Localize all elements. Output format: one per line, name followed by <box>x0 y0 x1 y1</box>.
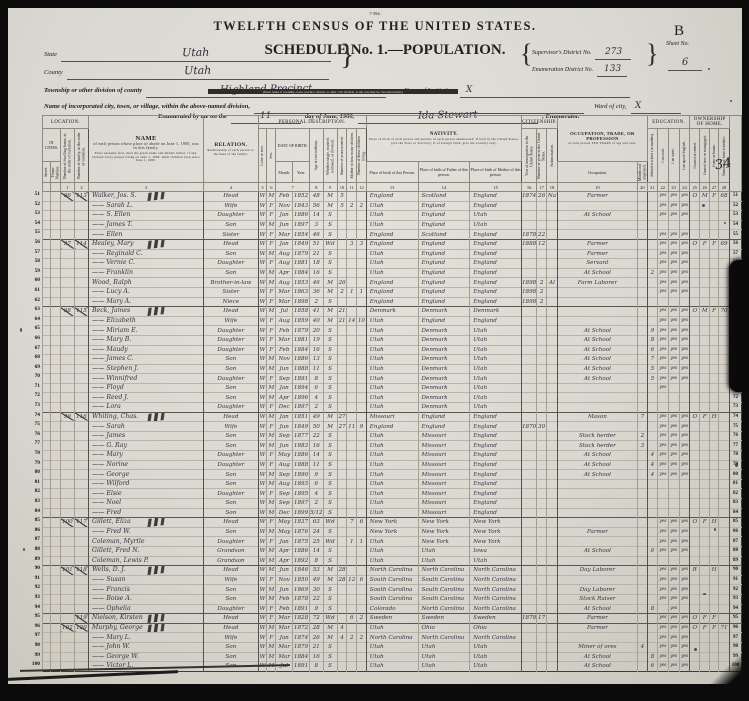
cell-immigration-year <box>522 431 537 441</box>
cell-street <box>43 345 51 355</box>
line-number: 96 <box>28 622 40 632</box>
cell-home-owned-rented: R <box>690 566 700 576</box>
cell-farm-house <box>710 479 719 489</box>
census-row: 119Nielson, KirstenHeadWFMar182872Wd62Sw… <box>43 614 742 624</box>
cell-birthplace: Utah <box>366 441 418 451</box>
cell-free-mortgaged: F <box>700 412 710 422</box>
cell-dwelling-number <box>60 594 74 604</box>
cell-mother-of-children <box>347 556 357 566</box>
cell-immigration-year <box>522 383 537 393</box>
cell-street <box>43 614 51 624</box>
cell-name: —— John W. <box>89 642 204 652</box>
person-name: —— Boise A. <box>92 595 132 602</box>
cell-school-months <box>647 239 657 249</box>
cell-home-owned-rented: O <box>690 307 700 317</box>
person-name: —— Ellen <box>92 231 122 238</box>
cell-farm-house <box>710 431 719 441</box>
cell-line-number: 54 <box>729 220 741 230</box>
person-name: Wells, D. J. <box>92 566 125 573</box>
cell-children-living <box>357 249 367 259</box>
cell-occupation <box>557 633 637 643</box>
cell-children-living <box>357 374 367 384</box>
cell-years-married <box>337 451 347 461</box>
line-number: 66 <box>28 334 40 344</box>
column-number: 17 <box>537 183 547 192</box>
cell-birthplace: England <box>366 239 418 249</box>
cell-birth-year: 1881 <box>293 259 310 269</box>
cell-school-months <box>647 393 657 403</box>
cell-home-owned-rented <box>690 546 700 556</box>
cell-months-not-employed <box>637 604 647 614</box>
cell-birth-month: May <box>276 451 293 461</box>
cell-farm-schedule <box>719 211 730 221</box>
cell-years-married <box>337 614 347 624</box>
cell-farm-schedule <box>719 287 730 297</box>
cell-marital-status: Wd <box>323 537 337 547</box>
cell-speaks-english: yes <box>679 441 690 451</box>
column-header-immigration-year: Year of immigration to the United States… <box>522 129 537 183</box>
cell-immigration-year: 1878 <box>522 614 537 624</box>
cell-mother-of-children <box>347 364 357 374</box>
cell-name: —— Maudy <box>89 345 204 355</box>
cell-mother-of-children <box>347 479 357 489</box>
cell-house-number <box>50 508 60 518</box>
cell-school-months: 2 <box>647 268 657 278</box>
cell-color: W <box>258 614 267 624</box>
cell-mother-of-children <box>347 307 357 317</box>
cell-can-write: yes <box>668 307 679 317</box>
cell-sex: F <box>267 326 276 336</box>
cell-home-owned-rented: O <box>690 239 700 249</box>
cell-line-number: 55 <box>729 230 741 240</box>
cell-house-number <box>50 220 60 230</box>
census-row: —— FloydSonWMJan18946SUtahDenmarkUtahyes… <box>43 383 742 393</box>
cell-can-read: yes <box>657 623 668 633</box>
cell-children-living <box>357 192 367 202</box>
line-number: 74 <box>28 411 40 421</box>
cell-father-birthplace: Scotland <box>418 230 470 240</box>
cell-speaks-english: yes <box>679 614 690 624</box>
cell-birthplace: Denmark <box>366 307 418 317</box>
cell-school-months <box>647 499 657 509</box>
line-number: 51 <box>28 190 40 200</box>
cell-naturalization <box>546 585 557 595</box>
cell-can-read: yes <box>657 460 668 470</box>
scan-speck <box>730 100 732 102</box>
cell-naturalization <box>546 239 557 249</box>
census-row: Coleman, MyrtleDaughterWFJan187525Wd11Ut… <box>43 537 742 547</box>
cell-birth-month: Mar <box>276 614 293 624</box>
cell-name: —— Vernie C. <box>89 259 204 269</box>
cell-farm-schedule <box>719 326 730 336</box>
cell-relation: Son <box>204 594 258 604</box>
cell-color: W <box>258 633 267 643</box>
cell-immigration-year: 1874 <box>522 192 537 202</box>
cell-line-number: 51 <box>729 192 741 202</box>
cell-marital-status: S <box>323 460 337 470</box>
cell-street <box>43 316 51 326</box>
cell-children-living <box>357 470 367 480</box>
cell-age: 30 <box>310 585 324 595</box>
cell-can-write: yes <box>668 633 679 643</box>
cell-father-birthplace: Missouri <box>418 479 470 489</box>
person-name: Coleman, Lewis P. <box>92 557 149 564</box>
cell-birth-month: May <box>276 518 293 528</box>
cell-birth-year: 1854 <box>293 230 310 240</box>
cell-mother-of-children <box>347 211 357 221</box>
cell-years-in-us <box>537 652 547 662</box>
cell-relation: Wife <box>204 422 258 432</box>
column-number: 19 <box>557 183 637 192</box>
cell-school-months: 8 <box>647 604 657 614</box>
ink-overmark <box>143 239 168 249</box>
cell-dwelling-number <box>60 633 74 643</box>
cell-line-number: 52 <box>729 201 741 211</box>
cell-can-read <box>657 556 668 566</box>
cell-farm-house: H <box>710 518 719 528</box>
cell-age: 56 <box>310 201 324 211</box>
enumeration-value: 133 <box>603 64 620 74</box>
cell-can-read: yes <box>657 441 668 451</box>
cell-relation: Daughter <box>204 335 258 345</box>
cell-color: W <box>258 527 267 537</box>
column-group-location: LOCATION. <box>43 116 89 129</box>
cell-street <box>43 575 51 585</box>
cell-relation: Son <box>204 470 258 480</box>
cell-farm-schedule <box>719 575 730 585</box>
cell-naturalization <box>546 441 557 451</box>
cell-birth-month: May <box>276 527 293 537</box>
cell-family-number <box>74 355 88 365</box>
cell-years-in-us <box>537 259 547 269</box>
cell-house-number <box>50 585 60 595</box>
cell-farm-house <box>710 393 719 403</box>
cell-age: 8 <box>310 662 324 672</box>
cell-sex: M <box>267 479 276 489</box>
cell-naturalization <box>546 220 557 230</box>
cell-father-birthplace: England <box>418 412 470 422</box>
scan-speck <box>735 463 738 467</box>
cell-birth-year: 1869 <box>293 585 310 595</box>
cell-mother-of-children <box>347 642 357 652</box>
cell-can-read: yes <box>657 268 668 278</box>
cell-children-living: 9 <box>357 422 367 432</box>
cell-months-not-employed <box>637 335 647 345</box>
cell-can-write: yes <box>668 345 679 355</box>
cell-family-number: 115 <box>74 307 88 317</box>
column-header-write: Can write. <box>668 129 679 183</box>
person-name: —— Franklin <box>92 269 133 276</box>
cell-birth-year: 1891 <box>293 604 310 614</box>
cell-naturalization <box>546 374 557 384</box>
cell-immigration-year <box>522 623 537 633</box>
cell-years-in-us <box>537 642 547 652</box>
cell-line-number: 82 <box>729 489 741 499</box>
cell-street <box>43 364 51 374</box>
person-name: Gillett, Fred N. <box>92 547 139 554</box>
cell-naturalization <box>546 614 557 624</box>
cell-can-write <box>668 220 679 230</box>
cell-naturalization <box>546 642 557 652</box>
cell-speaks-english: yes <box>679 623 690 633</box>
cell-birth-month: Mar <box>276 335 293 345</box>
cell-years-in-us <box>537 537 547 547</box>
cell-school-months <box>647 316 657 326</box>
cell-farm-schedule <box>719 422 730 432</box>
cell-speaks-english <box>679 403 690 413</box>
cell-occupation <box>557 556 637 566</box>
column-number: 27 <box>710 183 719 192</box>
cell-name: —— Mary B. <box>89 335 204 345</box>
cell-farm-house: F <box>710 239 719 249</box>
census-row: 96113Walker, Jos. S.HeadWMFeb185248M5Eng… <box>43 192 742 202</box>
cell-father-birthplace: Denmark <box>418 326 470 336</box>
cell-free-mortgaged <box>700 278 710 288</box>
cell-naturalization <box>546 527 557 537</box>
district-brace-open: { <box>520 39 532 69</box>
column-group-nativity: NATIVITY. Place of birth of each person … <box>366 116 521 162</box>
cell-speaks-english: yes <box>679 316 690 326</box>
cell-relation: Son <box>204 642 258 652</box>
cell-color: W <box>258 518 267 528</box>
cell-can-read: yes <box>657 364 668 374</box>
cell-birth-year: 1876 <box>293 527 310 537</box>
cell-children-living <box>357 355 367 365</box>
cell-farm-house <box>710 249 719 259</box>
cell-mother-birthplace: England <box>470 508 522 518</box>
person-name: Healey, Mary <box>92 240 133 247</box>
line-number: 54 <box>28 219 40 229</box>
census-row: —— James C.SonWMNov188613SUtahDenmarkUta… <box>43 355 742 365</box>
cell-sex: M <box>267 412 276 422</box>
cell-free-mortgaged <box>700 470 710 480</box>
cell-marital-status: M <box>323 192 337 202</box>
cell-dwelling-number <box>60 364 74 374</box>
cell-age: 22 <box>310 431 324 441</box>
cell-family-number: 120 <box>74 623 88 633</box>
cell-free-mortgaged <box>700 431 710 441</box>
cell-home-owned-rented: O <box>690 623 700 633</box>
cell-birth-year: 1897 <box>293 403 310 413</box>
cell-occupation: Farmer <box>557 614 637 624</box>
cell-home-owned-rented: O <box>690 518 700 528</box>
cell-can-read: yes <box>657 316 668 326</box>
cell-birth-year: 1888 <box>293 460 310 470</box>
cell-farm-schedule: 69 <box>719 239 730 249</box>
person-name: —— Mary L. <box>92 634 131 641</box>
district-brace-close: } <box>646 39 658 69</box>
cell-can-read: yes <box>657 431 668 441</box>
line-number: 68 <box>28 353 40 363</box>
cell-marital-status: Wd <box>323 239 337 249</box>
cell-house-number <box>50 326 60 336</box>
cell-street <box>43 527 51 537</box>
cell-years-in-us <box>537 508 547 518</box>
cell-years-in-us <box>537 364 547 374</box>
cell-birthplace: Utah <box>366 249 418 259</box>
cell-months-not-employed <box>637 220 647 230</box>
cell-mother-of-children <box>347 527 357 537</box>
cell-years-in-us <box>537 479 547 489</box>
cell-name: Gillett, Eliza <box>89 518 204 528</box>
cell-mother-of-children <box>347 662 357 672</box>
cell-farm-house <box>710 460 719 470</box>
cell-mother-of-children: 11 <box>347 422 357 432</box>
person-name: —— Francis <box>92 586 130 593</box>
cell-sex: M <box>267 508 276 518</box>
cell-color: W <box>258 220 267 230</box>
cell-color: W <box>258 278 267 288</box>
cell-marital-status: S <box>323 441 337 451</box>
cell-father-birthplace: Missouri <box>418 441 470 451</box>
cell-naturalization <box>546 326 557 336</box>
cell-birthplace: South Carolina <box>366 585 418 595</box>
cell-family-number <box>74 383 88 393</box>
cell-birth-year: 1884 <box>293 652 310 662</box>
column-number: 6 <box>267 183 276 192</box>
cell-age: 13 <box>310 355 324 365</box>
cell-can-write: yes <box>668 335 679 345</box>
person-name: —— Ophelia <box>92 605 131 612</box>
cell-age: 48 <box>310 192 324 202</box>
cell-school-months: 9 <box>647 326 657 336</box>
cell-sex: F <box>267 403 276 413</box>
cell-sex: M <box>267 585 276 595</box>
cell-children-living <box>357 479 367 489</box>
cell-farm-schedule <box>719 412 730 422</box>
cell-home-owned-rented <box>690 508 700 518</box>
cell-line-number: 89 <box>729 556 741 566</box>
cell-naturalization <box>546 604 557 614</box>
cell-color: W <box>258 431 267 441</box>
cell-children-living <box>357 278 367 288</box>
cell-farm-house <box>710 451 719 461</box>
cell-immigration-year <box>522 355 537 365</box>
person-name: Coleman, Myrtle <box>92 538 145 545</box>
cell-farm-house <box>710 268 719 278</box>
cell-can-read: yes <box>657 518 668 528</box>
cell-farm-schedule <box>719 268 730 278</box>
cell-free-mortgaged <box>700 451 710 461</box>
cell-years-married <box>337 259 347 269</box>
cell-age: 49 <box>310 412 324 422</box>
cell-naturalization <box>546 230 557 240</box>
cell-farm-house <box>710 470 719 480</box>
cell-school-months: 6 <box>647 345 657 355</box>
cell-age: 5/12 <box>310 508 324 518</box>
line-number: 63 <box>28 305 40 315</box>
cell-sex: M <box>267 383 276 393</box>
cell-immigration-year <box>522 412 537 422</box>
cell-marital-status: Wd <box>323 614 337 624</box>
column-header-house-number: House Number. <box>50 162 60 183</box>
cell-name: —— G. Ray <box>89 441 204 451</box>
cell-mother-birthplace: North Carolina <box>470 633 522 643</box>
cell-can-write <box>668 297 679 307</box>
cell-father-birthplace: Missouri <box>418 470 470 480</box>
cell-street <box>43 268 51 278</box>
person-name: —— Floyd <box>92 384 124 391</box>
cell-age: 63 <box>310 518 324 528</box>
cell-street <box>43 278 51 288</box>
cell-immigration-year <box>522 451 537 461</box>
cell-home-owned-rented <box>690 460 700 470</box>
cell-marital-status: S <box>323 364 337 374</box>
cell-speaks-english: yes <box>679 268 690 278</box>
cell-line-number: 80 <box>729 470 741 480</box>
cell-birthplace: Utah <box>366 652 418 662</box>
person-name: Gillett, Eliza <box>92 518 131 525</box>
cell-name: Nielson, Kirsten <box>89 614 204 624</box>
cell-dwelling-number <box>60 249 74 259</box>
cell-occupation <box>557 489 637 499</box>
cell-birth-year: 1886 <box>293 451 310 461</box>
cell-immigration-year <box>522 220 537 230</box>
cell-farm-house <box>710 287 719 297</box>
cell-years-in-us: 12 <box>537 239 547 249</box>
cell-color: W <box>258 652 267 662</box>
cell-street <box>43 508 51 518</box>
cell-age: 11 <box>310 460 324 470</box>
cell-relation: Son <box>204 479 258 489</box>
cell-home-owned-rented <box>690 393 700 403</box>
cell-months-not-employed <box>637 287 647 297</box>
cell-can-read: yes <box>657 537 668 547</box>
cell-farm-schedule: 68 <box>719 192 730 202</box>
line-number: 86 <box>28 526 40 536</box>
cell-color: W <box>258 412 267 422</box>
census-row: —— Sarah L.WifeWFNov184356M522UtahEnglan… <box>43 201 742 211</box>
cell-free-mortgaged <box>700 546 710 556</box>
cell-school-months: 5 <box>647 364 657 374</box>
cell-street <box>43 546 51 556</box>
cell-naturalization <box>546 470 557 480</box>
cell-father-birthplace: South Carolina <box>418 585 470 595</box>
line-number: 53 <box>28 209 40 219</box>
cell-immigration-year <box>522 556 537 566</box>
cell-occupation: At School <box>557 652 637 662</box>
cell-free-mortgaged <box>700 499 710 509</box>
cell-color: W <box>258 374 267 384</box>
cell-farm-house <box>710 211 719 221</box>
cell-marital-status: S <box>323 249 337 259</box>
cell-years-married <box>337 642 347 652</box>
cell-years-in-us: 22 <box>537 230 547 240</box>
cell-age: 20 <box>310 326 324 336</box>
cell-children-living: 6 <box>357 518 367 528</box>
cell-sex: F <box>267 614 276 624</box>
cell-farm-house: F <box>710 614 719 624</box>
cell-family-number <box>74 201 88 211</box>
cell-family-number <box>74 604 88 614</box>
line-number: 64 <box>28 315 40 325</box>
cell-speaks-english: yes <box>679 335 690 345</box>
person-name: —— Sarah <box>92 423 125 430</box>
cell-can-write: yes <box>668 460 679 470</box>
cell-marital-status: S <box>323 489 337 499</box>
person-name: —— George <box>92 471 129 478</box>
cell-age: 9 <box>310 604 324 614</box>
cell-sex: M <box>267 355 276 365</box>
line-number: 87 <box>28 535 40 545</box>
cell-immigration-year <box>522 393 537 403</box>
cell-speaks-english <box>679 220 690 230</box>
cell-line-number: 90 <box>729 566 741 576</box>
cell-naturalization <box>546 364 557 374</box>
cell-relation: Head <box>204 614 258 624</box>
cell-birthplace: Utah <box>366 211 418 221</box>
cell-speaks-english: yes <box>679 230 690 240</box>
